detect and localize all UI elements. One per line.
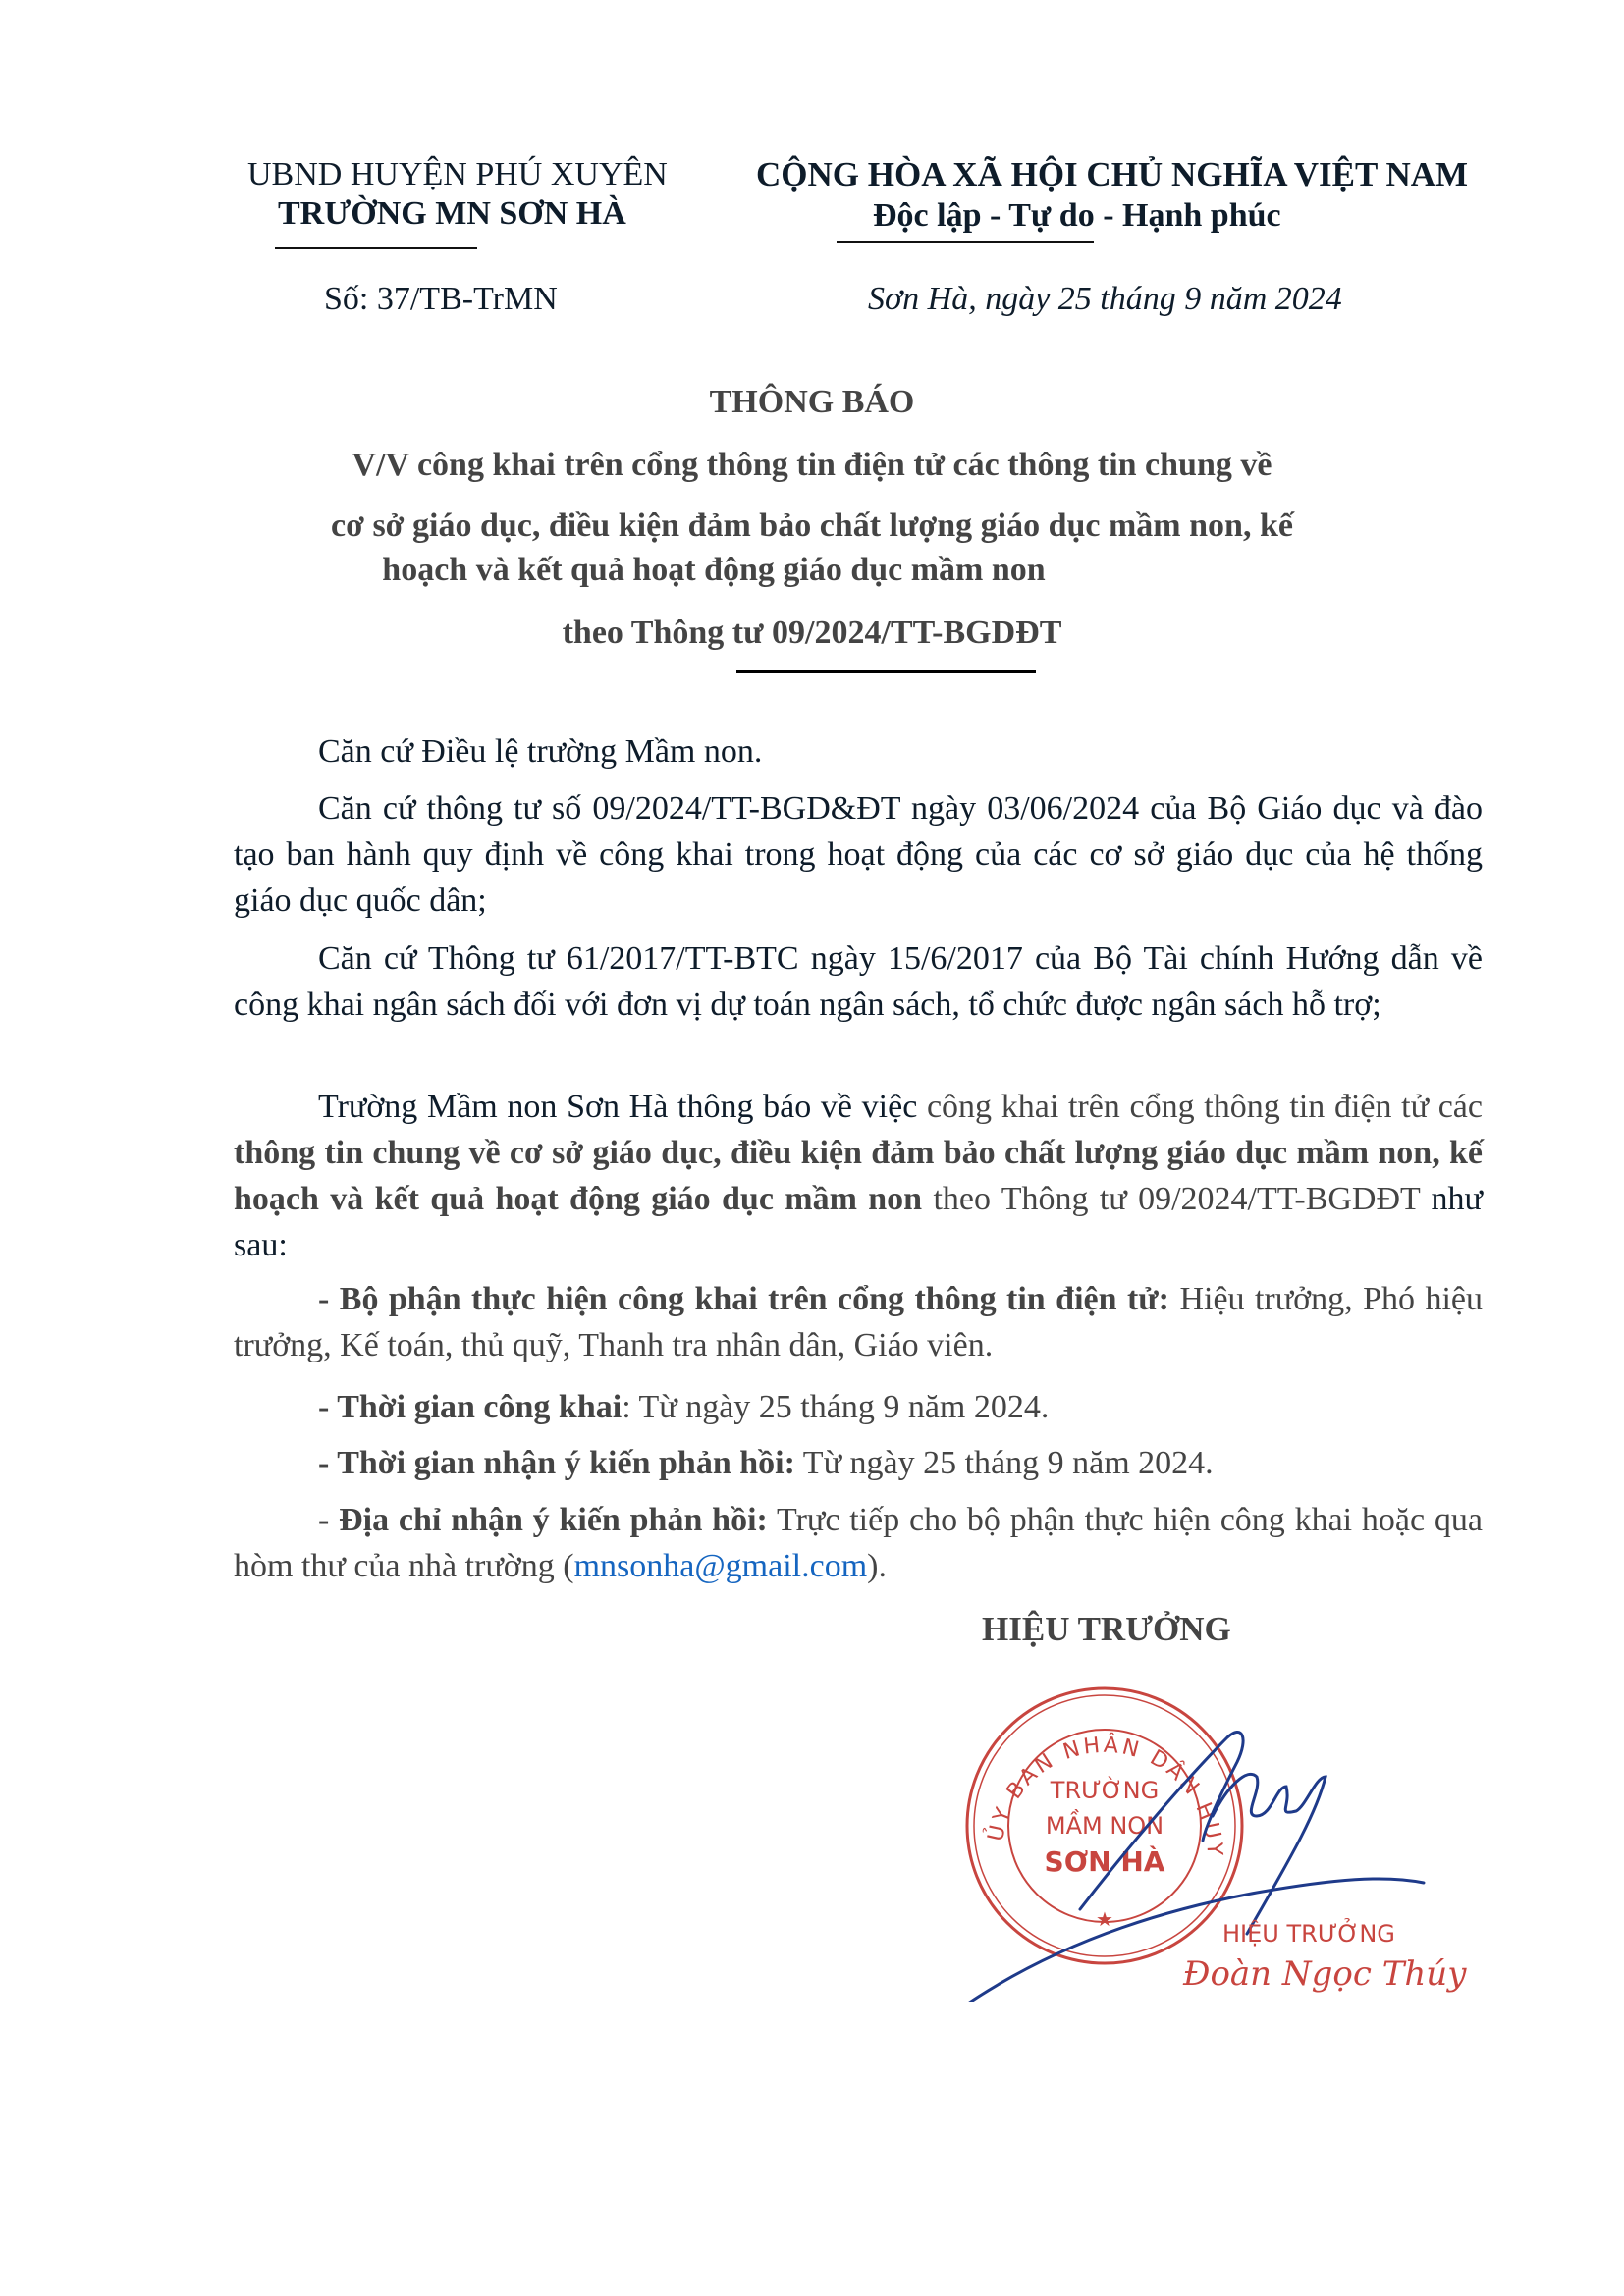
item-department: - Bộ phận thực hiện công khai trên cổng … <box>234 1276 1483 1368</box>
school-name: TRƯỜNG MN SƠN HÀ <box>278 194 626 234</box>
stamp-and-signature: ỦY BAN NHÂN DÂN HUYỆN PHÚ XUYÊN T.P HÀ N… <box>962 1669 1492 2002</box>
signatory-name: Đoàn Ngọc Thúy <box>1182 1954 1467 1994</box>
document-heading: THÔNG BÁO <box>0 383 1624 422</box>
subject-line-3: hoạch và kết quả hoạt động giáo dục mầm … <box>0 551 1526 590</box>
paragraph-text: Căn cứ Điều lệ trường Mầm non. <box>318 733 762 770</box>
title-separator <box>736 670 1036 673</box>
paragraph-text: theo Thông tư 09/2024/TT-BGDĐT <box>922 1181 1420 1217</box>
item-value: ). <box>867 1548 887 1584</box>
item-label: - Bộ phận thực hiện công khai trên cổng … <box>318 1281 1169 1317</box>
item-label: - Thời gian công khai <box>318 1389 622 1425</box>
subject-line-2: cơ sở giáo dục, điều kiện đảm bảo chất l… <box>0 507 1624 546</box>
item-value: Từ ngày 25 tháng 9 năm 2024. <box>795 1445 1214 1481</box>
motto-underline <box>837 241 1094 243</box>
national-motto: Độc lập - Tự do - Hạnh phúc <box>873 196 1281 236</box>
legal-basis-1: Căn cứ Điều lệ trường Mầm non. <box>234 728 1483 774</box>
item-feedback-address: - Địa chỉ nhận ý kiến phản hồi: Trực tiế… <box>234 1497 1483 1589</box>
subject-line-4: theo Thông tư 09/2024/TT-BGDĐT <box>0 614 1624 653</box>
item-label: - Thời gian nhận ý kiến phản hồi: <box>318 1445 795 1481</box>
item-publication-time: - Thời gian công khai: Từ ngày 25 tháng … <box>234 1384 1483 1430</box>
email-link[interactable]: mnsonha@gmail.com <box>574 1548 868 1584</box>
announcement-paragraph: Trường Mầm non Sơn Hà thông báo về việc … <box>234 1084 1483 1268</box>
document-number: Số: 37/TB-TrMN <box>324 280 558 319</box>
paragraph-text: Căn cứ thông tư số 09/2024/TT-BGD&ĐT ngà… <box>234 790 1483 919</box>
paragraph-text: công khai trên cổng thông tin điện tử cá… <box>917 1089 1483 1125</box>
place-and-date: Sơn Hà, ngày 25 tháng 9 năm 2024 <box>868 280 1342 319</box>
item-label: - Địa chỉ nhận ý kiến phản hồi: <box>318 1502 768 1538</box>
school-name-underline <box>275 247 477 249</box>
seal-center-line3: SƠN HÀ <box>1045 1844 1165 1878</box>
agency-name: UBND HUYỆN PHÚ XUYÊN <box>247 155 668 194</box>
legal-basis-2: Căn cứ thông tư số 09/2024/TT-BGD&ĐT ngà… <box>234 785 1483 924</box>
official-seal-icon: ỦY BAN NHÂN DÂN HUYỆN PHÚ XUYÊN T.P HÀ N… <box>962 1669 1492 2002</box>
seal-star: ★ <box>1096 1907 1113 1931</box>
item-value: : Từ ngày 25 tháng 9 năm 2024. <box>622 1389 1049 1425</box>
paragraph-text: Trường Mầm non Sơn Hà thông báo về việc <box>318 1089 917 1125</box>
item-feedback-time: - Thời gian nhận ý kiến phản hồi: Từ ngà… <box>234 1440 1483 1486</box>
stamp-signatory-title: HIỆU TRƯỞNG <box>1222 1917 1395 1948</box>
signatory-title: HIỆU TRƯỞNG <box>982 1610 1231 1649</box>
paragraph-text: Căn cứ Thông tư 61/2017/TT-BTC ngày 15/6… <box>234 940 1483 1023</box>
national-title: CỘNG HÒA XÃ HỘI CHỦ NGHĨA VIỆT NAM <box>756 155 1468 194</box>
subject-line-1: V/V công khai trên cổng thông tin điện t… <box>0 446 1624 485</box>
seal-center-line2: MẦM NON <box>1046 1808 1164 1840</box>
legal-basis-3: Căn cứ Thông tư 61/2017/TT-BTC ngày 15/6… <box>234 935 1483 1028</box>
seal-center-line1: TRƯỜNG <box>1050 1775 1159 1804</box>
